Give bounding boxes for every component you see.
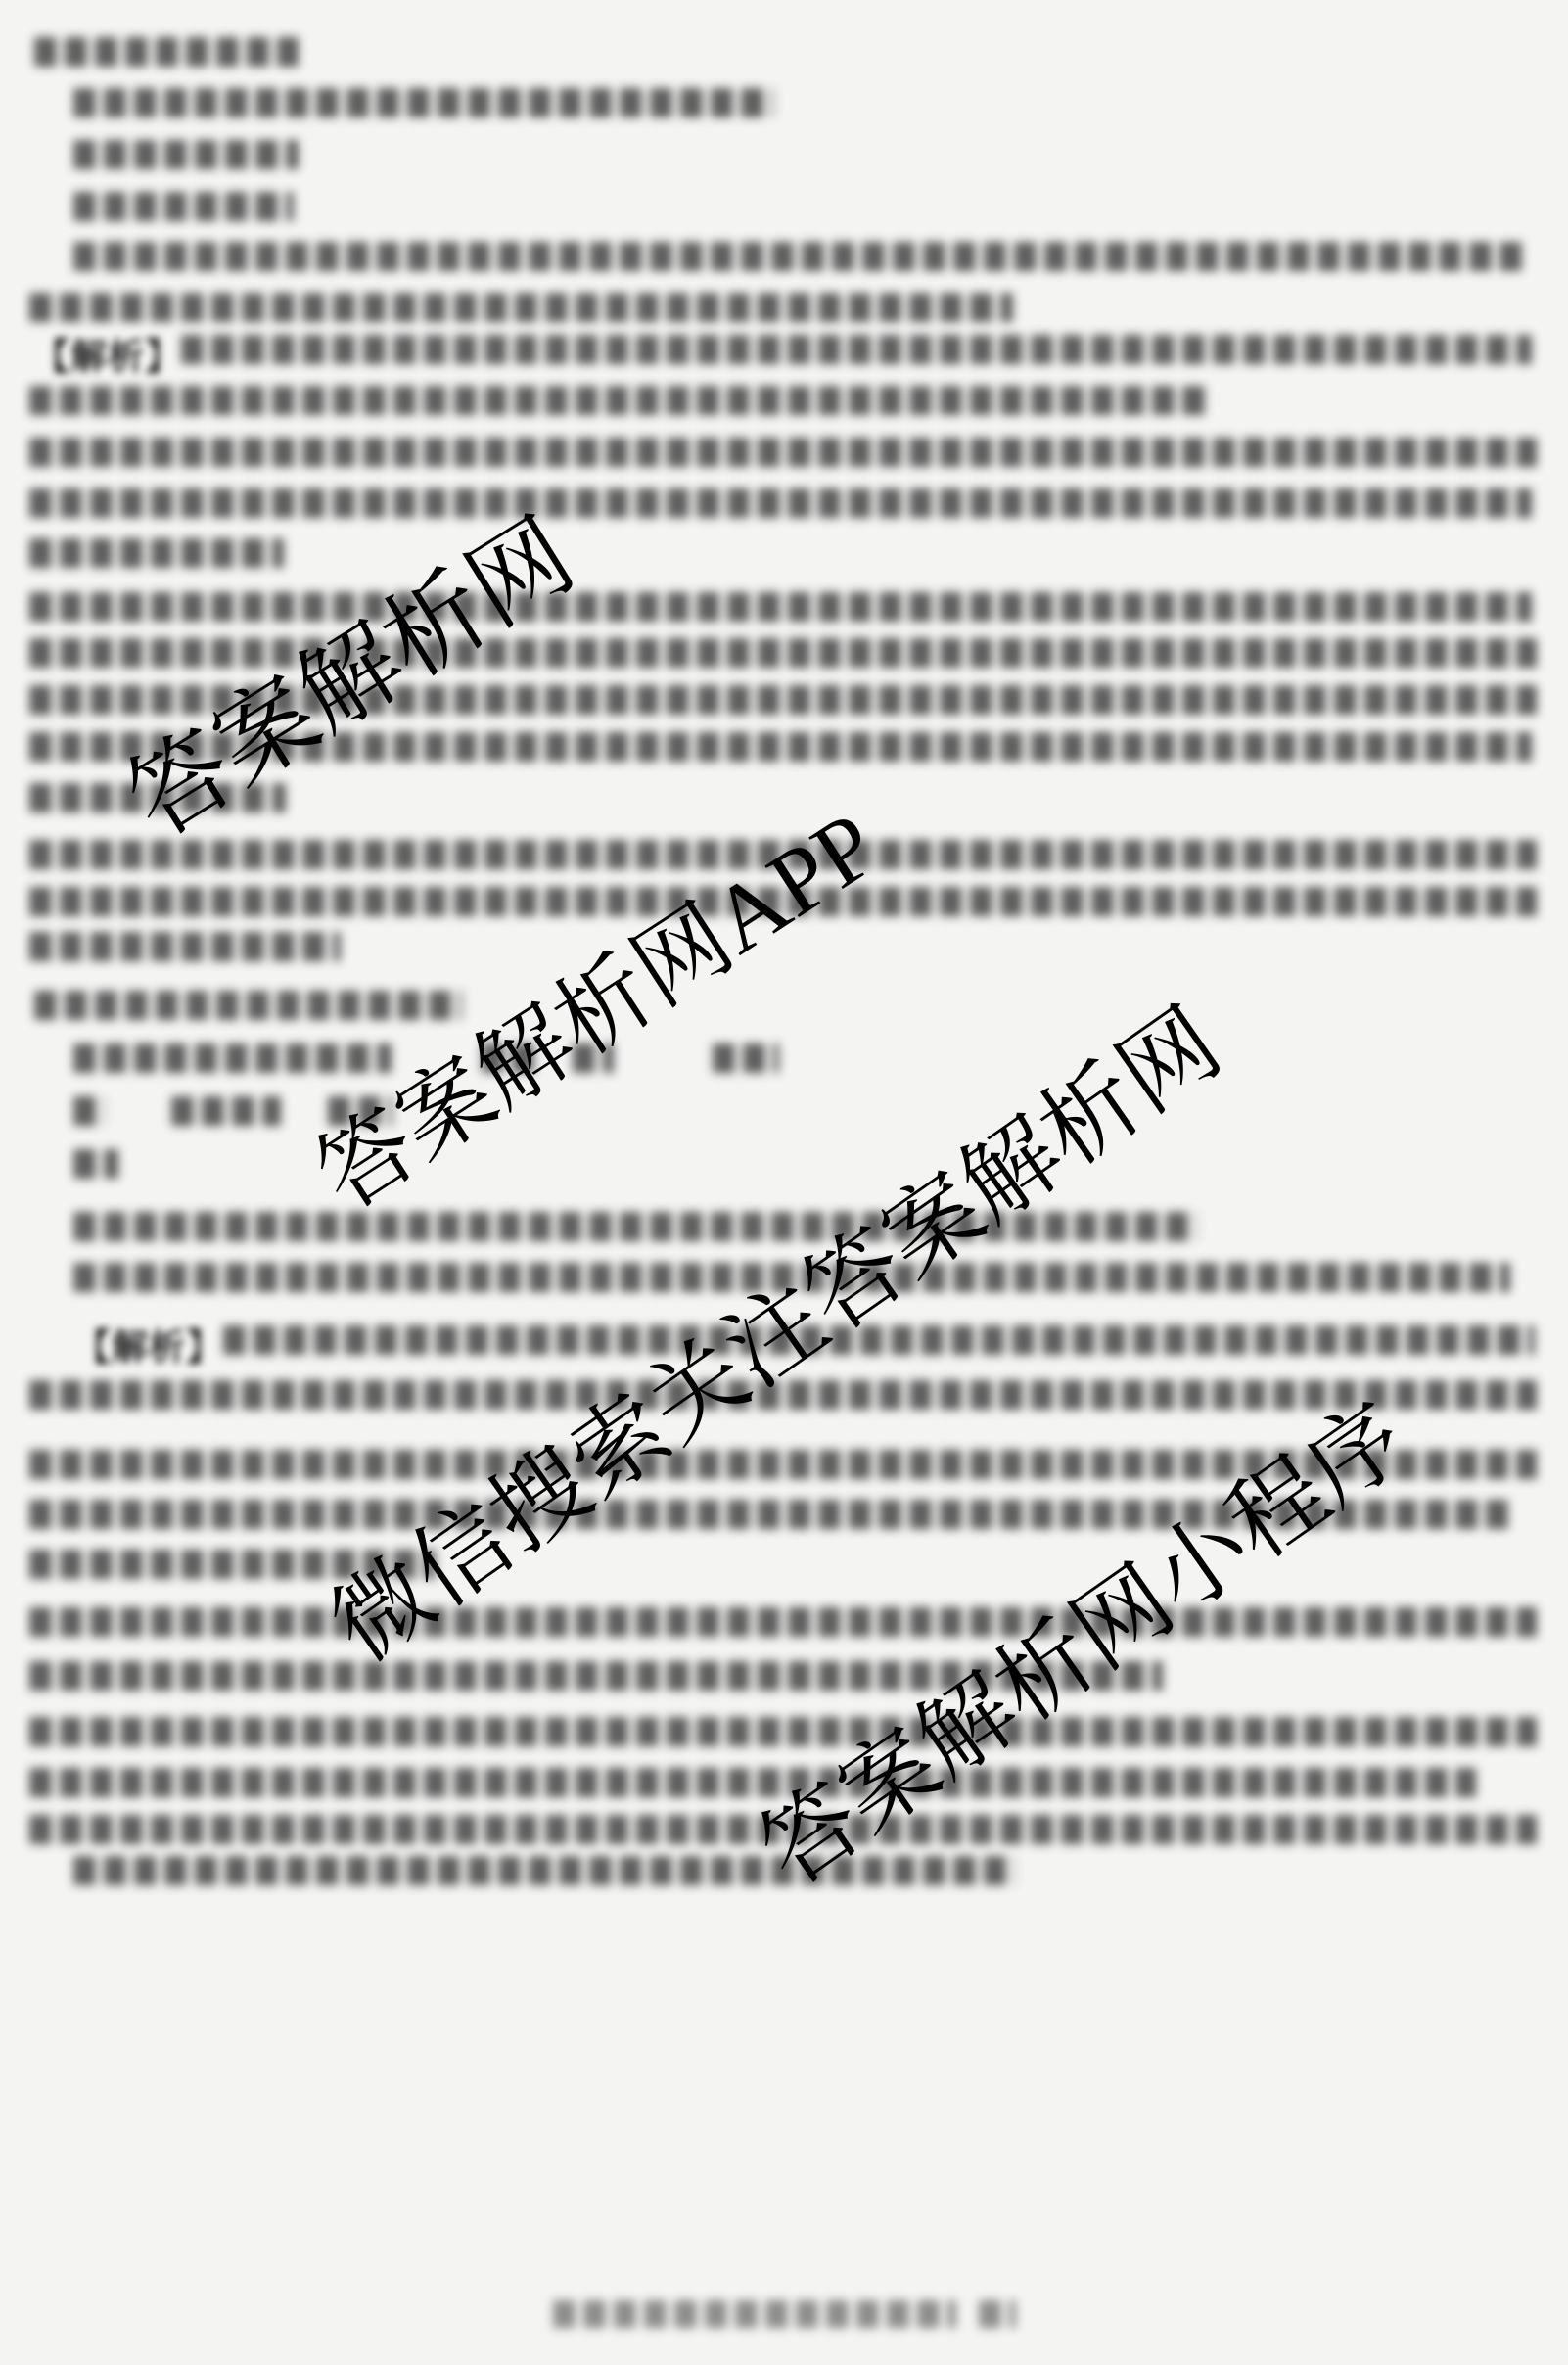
blurred-text-line: [979, 2300, 1016, 2328]
blurred-text-line: [29, 592, 1532, 622]
blurred-text-line: [29, 538, 284, 568]
blurred-text-line: [29, 1768, 1476, 1797]
blurred-text-line: [29, 488, 1532, 518]
analysis-label-2: 【解析】: [74, 1318, 223, 1370]
blurred-text-line: [29, 438, 1537, 467]
blurred-text-line: [73, 88, 773, 117]
blurred-text-line: [29, 638, 1537, 668]
blurred-text-line: [713, 1043, 779, 1073]
blurred-text-line: [34, 991, 462, 1020]
blurred-text-line: [223, 1325, 1535, 1355]
exam-answer-page: 【解析】 【解析】 答案解析网 答案解析网APP 微信搜索关注答案解析网 答案解…: [0, 0, 1568, 2365]
blurred-text-line: [181, 335, 1532, 364]
blurred-text-line: [29, 1717, 1537, 1746]
blurred-text-line: [73, 1043, 392, 1073]
blurred-text-line: [73, 1149, 118, 1179]
blurred-text-line: [29, 293, 1013, 322]
blurred-text-line: [29, 1607, 1537, 1637]
blurred-text-line: [29, 932, 341, 961]
analysis-label-1: 【解析】: [33, 327, 182, 380]
blurred-text-line: [73, 1096, 105, 1126]
blurred-text-line: [34, 37, 299, 67]
blurred-text-line: [73, 140, 299, 169]
blurred-text-line: [73, 192, 294, 221]
blurred-text-line: [171, 1096, 281, 1126]
blurred-text-line: [73, 242, 1527, 271]
blurred-text-line: [73, 1856, 1015, 1885]
blurred-text-line: [29, 386, 1209, 415]
blurred-text-line: [553, 2300, 956, 2328]
